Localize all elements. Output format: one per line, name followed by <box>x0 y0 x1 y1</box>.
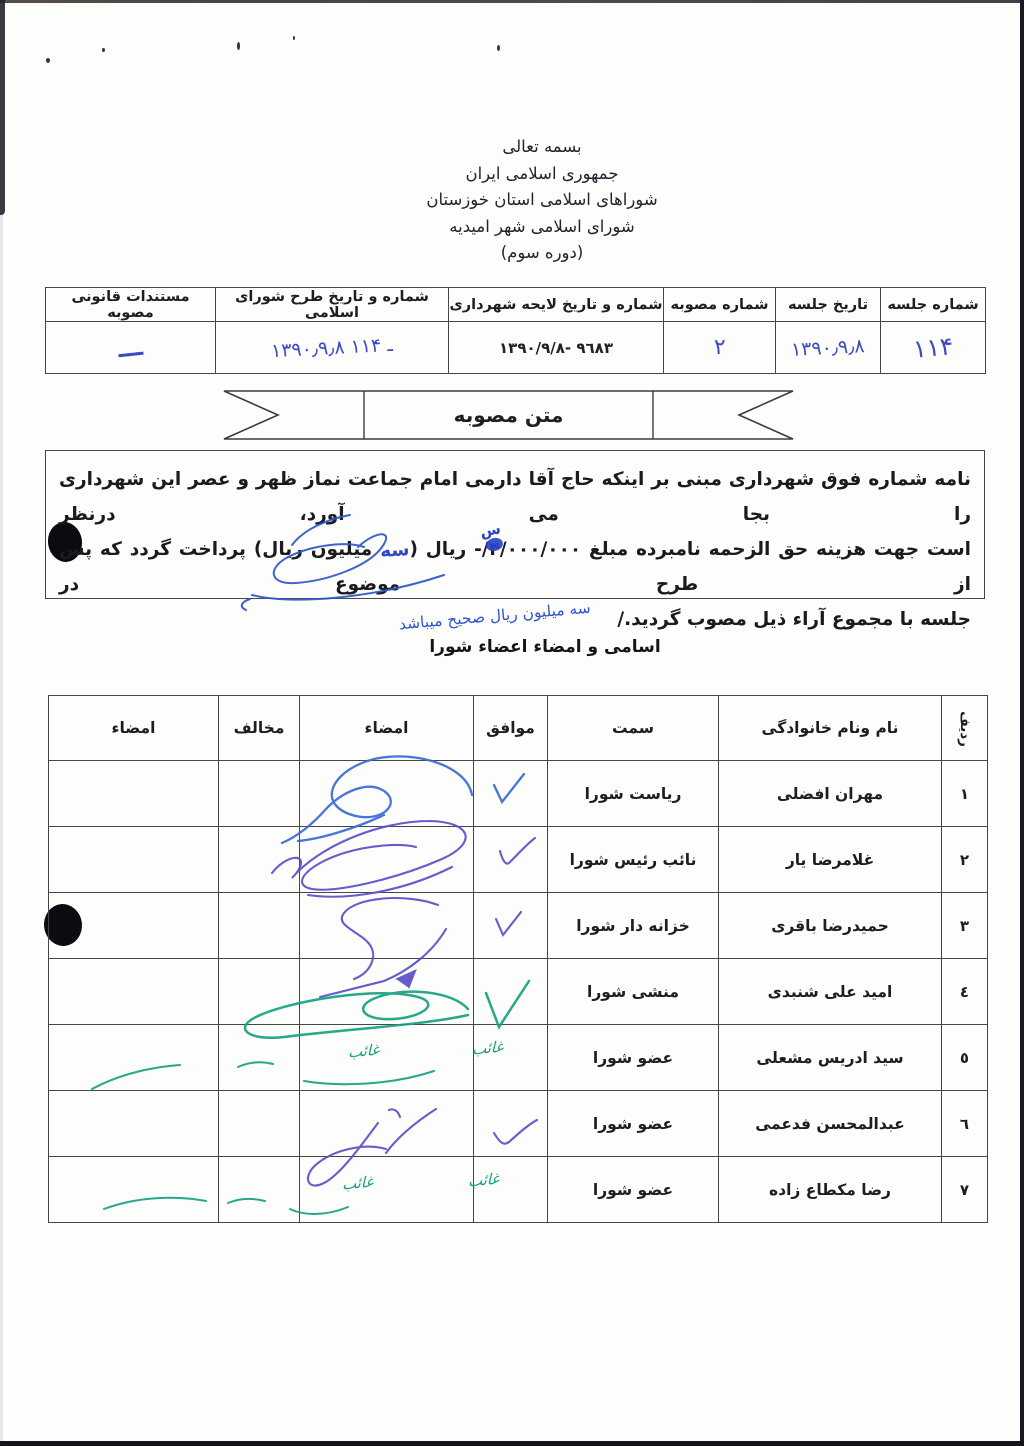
members-header-position: سمت <box>548 696 719 761</box>
agree-cell <box>474 959 548 1025</box>
members-section-title: اسامی و امضاء اعضاء شورا <box>33 637 1024 657</box>
scanned-document-page: بسمه تعالی جمهوری اسلامی ایران شوراهای ا… <box>0 0 1024 1446</box>
signature2-cell <box>49 1157 219 1223</box>
meta-value-session-no: ۱۱۴ <box>881 322 986 374</box>
oppose-cell <box>219 1025 300 1091</box>
signature-cell <box>300 1025 474 1091</box>
signature-cell <box>300 893 474 959</box>
letterhead-line-city-council: شورای اسلامی شهر امیدیه <box>262 214 822 241</box>
meta-value-row: ۱۱۴ ۱۳۹۰٫۹٫۸ ۲ ۱۳۹۰/۹/۸- ۹٦۸۳ ۱۳۹۰٫۹٫۸ ـ… <box>46 322 986 374</box>
oppose-cell <box>219 959 300 1025</box>
signature2-cell <box>49 761 219 827</box>
members-header-signature-2: امضاء <box>49 696 219 761</box>
member-row-4: ٤ امید علی شنبدی منشی شورا <box>49 959 988 1025</box>
agree-cell <box>474 893 548 959</box>
oppose-cell <box>219 827 300 893</box>
meta-header-resolution-no: شماره مصوبه <box>664 288 776 322</box>
member-row-6: ٦ عبدالمحسن فدعمی عضو شورا <box>49 1091 988 1157</box>
signature2-cell <box>49 1091 219 1157</box>
signature2-cell <box>49 1025 219 1091</box>
signature-cell <box>300 827 474 893</box>
scan-edge-left <box>0 0 5 215</box>
amount-figure: -/۴/۰۰۰/۰۰۰س <box>474 532 581 567</box>
oppose-cell <box>219 893 300 959</box>
members-header-agree: موافق <box>474 696 548 761</box>
agree-cell <box>474 1025 548 1091</box>
meta-header-legal-refs: مستندات قانونی مصوبه <box>46 288 216 322</box>
scan-edge-bottom <box>0 1441 1024 1446</box>
resolution-line-1: نامه شماره فوق شهرداری مبنی بر اینکه حاج… <box>59 462 971 532</box>
signature-cell <box>300 1157 474 1223</box>
members-header-name: نام ونام خانوادگی <box>719 696 942 761</box>
letterhead-line-basmala: بسمه تعالی <box>262 134 822 161</box>
agree-cell <box>474 1091 548 1157</box>
signature2-cell <box>49 893 219 959</box>
scan-speck <box>102 48 105 52</box>
member-name: رضا مکطاع زاده <box>719 1157 942 1223</box>
oppose-cell <box>219 1091 300 1157</box>
letterhead-line-province-councils: شوراهای اسلامی استان خوزستان <box>262 187 822 214</box>
scan-edge-top <box>0 0 1024 3</box>
meta-header-session-date: تاریخ جلسه <box>776 288 881 322</box>
meta-value-council-plan: ۱۳۹۰٫۹٫۸ ـ ۱۱۴ <box>216 322 449 374</box>
signature-cell <box>300 1091 474 1157</box>
member-position: خزانه دار شورا <box>548 893 719 959</box>
signature2-cell <box>49 959 219 1025</box>
members-header-row-no: ردیف <box>942 696 988 761</box>
meta-value-legal-refs: ـــ <box>46 322 216 374</box>
meta-value-municipality-bill: ۱۳۹۰/۹/۸- ۹٦۸۳ <box>449 322 664 374</box>
letterhead: بسمه تعالی جمهوری اسلامی ایران شوراهای ا… <box>262 134 822 267</box>
overwritten-amount-word: سه <box>379 532 411 569</box>
letterhead-line-term: (دوره سوم) <box>262 240 822 267</box>
member-name: عبدالمحسن فدعمی <box>719 1091 942 1157</box>
meta-header-municipality-bill: شماره و تاریخ لایحه شهرداری <box>449 288 664 322</box>
member-position: نائب رئیس شورا <box>548 827 719 893</box>
member-row-2: ۲ غلامرضا یار نائب رئیس شورا <box>49 827 988 893</box>
members-header-signature: امضاء <box>300 696 474 761</box>
member-position: منشی شورا <box>548 959 719 1025</box>
member-name: مهران افضلی <box>719 761 942 827</box>
resolution-meta-table: شماره جلسه تاریخ جلسه شماره مصوبه شماره … <box>45 287 986 374</box>
meta-value-resolution-no: ۲ <box>664 322 776 374</box>
agree-cell <box>474 827 548 893</box>
scan-edge-right <box>1020 0 1024 1446</box>
oppose-cell <box>219 1157 300 1223</box>
signature-cell <box>300 761 474 827</box>
resolution-line-3: جلسه با مجموع آراء ذیل مصوب گردید./سه می… <box>59 602 971 638</box>
scan-speck <box>293 36 295 40</box>
members-header-oppose: مخالف <box>219 696 300 761</box>
oppose-cell <box>219 761 300 827</box>
agree-cell <box>474 1157 548 1223</box>
scan-speck <box>237 42 240 50</box>
signature2-cell <box>49 827 219 893</box>
banner-label: متن مصوبه <box>364 384 653 446</box>
member-position: عضو شورا <box>548 1157 719 1223</box>
meta-header-council-plan: شماره و تاریخ طرح شورای اسلامی <box>216 288 449 322</box>
signature-cell <box>300 959 474 1025</box>
letterhead-line-republic: جمهوری اسلامی ایران <box>262 161 822 188</box>
scan-speck <box>497 45 500 51</box>
member-name: امید علی شنبدی <box>719 959 942 1025</box>
resolution-text-banner: متن مصوبه <box>222 384 795 446</box>
meta-header-session-no: شماره جلسه <box>881 288 986 322</box>
member-row-1: ۱ مهران افضلی ریاست شورا <box>49 761 988 827</box>
scan-edge-left-faint <box>0 210 3 1446</box>
member-position: ریاست شورا <box>548 761 719 827</box>
members-signature-table: ردیف نام ونام خانوادگی سمت موافق امضاء م… <box>48 695 988 1223</box>
member-name: غلامرضا یار <box>719 827 942 893</box>
member-row-7: ۷ رضا مکطاع زاده عضو شورا <box>49 1157 988 1223</box>
member-name: حمیدرضا باقری <box>719 893 942 959</box>
member-row-5: ٥ سید ادریس مشعلی عضو شورا <box>49 1025 988 1091</box>
meta-header-row: شماره جلسه تاریخ جلسه شماره مصوبه شماره … <box>46 288 986 322</box>
member-position: عضو شورا <box>548 1091 719 1157</box>
resolution-line-2: است جهت هزینه حق الزحمه نامبرده مبلغ -/۴… <box>59 532 971 602</box>
meta-value-session-date: ۱۳۹۰٫۹٫۸ <box>776 322 881 374</box>
members-header-row: ردیف نام ونام خانوادگی سمت موافق امضاء م… <box>49 696 988 761</box>
member-row-3: ۳ حمیدرضا باقری خزانه دار شورا <box>49 893 988 959</box>
member-name: سید ادریس مشعلی <box>719 1025 942 1091</box>
member-position: عضو شورا <box>548 1025 719 1091</box>
agree-cell <box>474 761 548 827</box>
scan-speck <box>46 58 50 63</box>
resolution-text-box: نامه شماره فوق شهرداری مبنی بر اینکه حاج… <box>45 450 985 599</box>
